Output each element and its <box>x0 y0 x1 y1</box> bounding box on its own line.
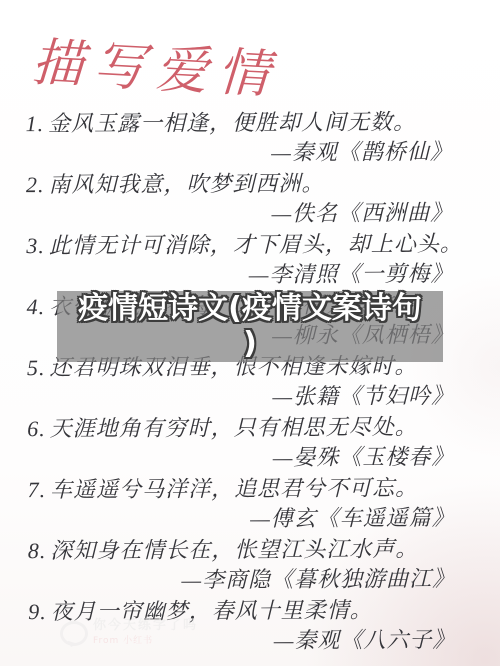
poem-verse-text: 车遥遥兮马洋洋，追思君兮不可忘。 <box>50 475 418 502</box>
poem-list: 1.金风玉露一相逢，便胜却人间无数。 —秦观《鹊桥仙》 2.南风知我意，吹梦到西… <box>0 107 500 659</box>
speech-bubble-icon <box>60 621 88 646</box>
poem-attribution: —佚名《西洲曲》 <box>0 198 499 231</box>
poem-number: 4. <box>27 292 46 322</box>
watermark: 你今天练字了吗 From 小红书 <box>60 618 198 647</box>
poem-verse-text: 天涯地角有穷时，只有相思无尽处。 <box>50 414 418 441</box>
poem-number: 2. <box>26 170 45 200</box>
page-title: 描写爱情 <box>30 20 282 108</box>
poem-verse-text: 金风玉露一相逢，便胜却人间无数。 <box>48 109 416 136</box>
poem-number: 7. <box>27 475 46 505</box>
poem-verse: 6.天涯地角有穷时，只有相思无尽处。 <box>0 412 500 445</box>
watermark-text: 你今天练字了吗 <box>93 618 198 633</box>
poem-entry: 7.车遥遥兮马洋洋，追思君兮不可忘。 —傅玄《车遥遥篇》 <box>0 473 500 536</box>
headline-overlay: 疫情短诗文(疫情文案诗句 ) <box>57 291 443 362</box>
poem-attribution: —傅玄《车遥遥篇》 <box>1 503 500 536</box>
poem-attribution: —李商隐《暮秋独游曲江》 <box>1 564 500 597</box>
headline-text-line2: ) <box>243 326 257 362</box>
poem-verse: 2.南风知我意，吹梦到西洲。 <box>0 168 499 201</box>
watermark-subtext: From 小红书 <box>93 635 198 647</box>
headline-text-line1: 疫情短诗文(疫情文案诗句 <box>78 291 422 326</box>
poem-entry: 3.此情无计可消除，才下眉头，却上心头。 —李清照《一剪梅》 <box>0 229 500 292</box>
poem-entry: 1.金风玉露一相逢，便胜却人间无数。 —秦观《鹊桥仙》 <box>0 107 499 170</box>
poem-number: 9. <box>28 597 47 627</box>
poem-attribution: —晏殊《玉楼春》 <box>0 442 500 475</box>
poem-verse-text: 南风知我意，吹梦到西洲。 <box>48 171 324 197</box>
poem-attribution: —秦观《鹊桥仙》 <box>0 137 499 170</box>
poem-number: 3. <box>26 231 45 261</box>
poem-verse: 8.深知身在情长在，怅望江头江水声。 <box>1 534 500 567</box>
poem-verse: 7.车遥遥兮马洋洋，追思君兮不可忘。 <box>0 473 500 506</box>
poem-attribution: —李清照《一剪梅》 <box>0 259 500 292</box>
poem-entry: 6.天涯地角有穷时，只有相思无尽处。 —晏殊《玉楼春》 <box>0 412 500 475</box>
poem-verse-text: 此情无计可消除，才下眉头，却上心头。 <box>49 231 463 258</box>
poem-verse-text: 深知身在情长在，怅望江头江水声。 <box>50 536 418 563</box>
poem-number: 8. <box>28 536 47 566</box>
poem-verse: 3.此情无计可消除，才下眉头，却上心头。 <box>0 229 499 262</box>
paper-background: 描写爱情 1.金风玉露一相逢，便胜却人间无数。 —秦观《鹊桥仙》 2.南风知我意… <box>0 0 500 666</box>
poem-entry: 8.深知身在情长在，怅望江头江水声。 —李商隐《暮秋独游曲江》 <box>1 534 500 597</box>
poem-number: 6. <box>27 414 46 444</box>
poem-attribution: —张籍《节妇吟》 <box>0 381 500 414</box>
watermark-texts: 你今天练字了吗 From 小红书 <box>93 618 198 647</box>
poem-number: 5. <box>27 353 46 383</box>
poem-number: 1. <box>26 109 45 139</box>
poem-entry: 2.南风知我意，吹梦到西洲。 —佚名《西洲曲》 <box>0 168 499 231</box>
poem-verse: 1.金风玉露一相逢，便胜却人间无数。 <box>0 107 499 140</box>
